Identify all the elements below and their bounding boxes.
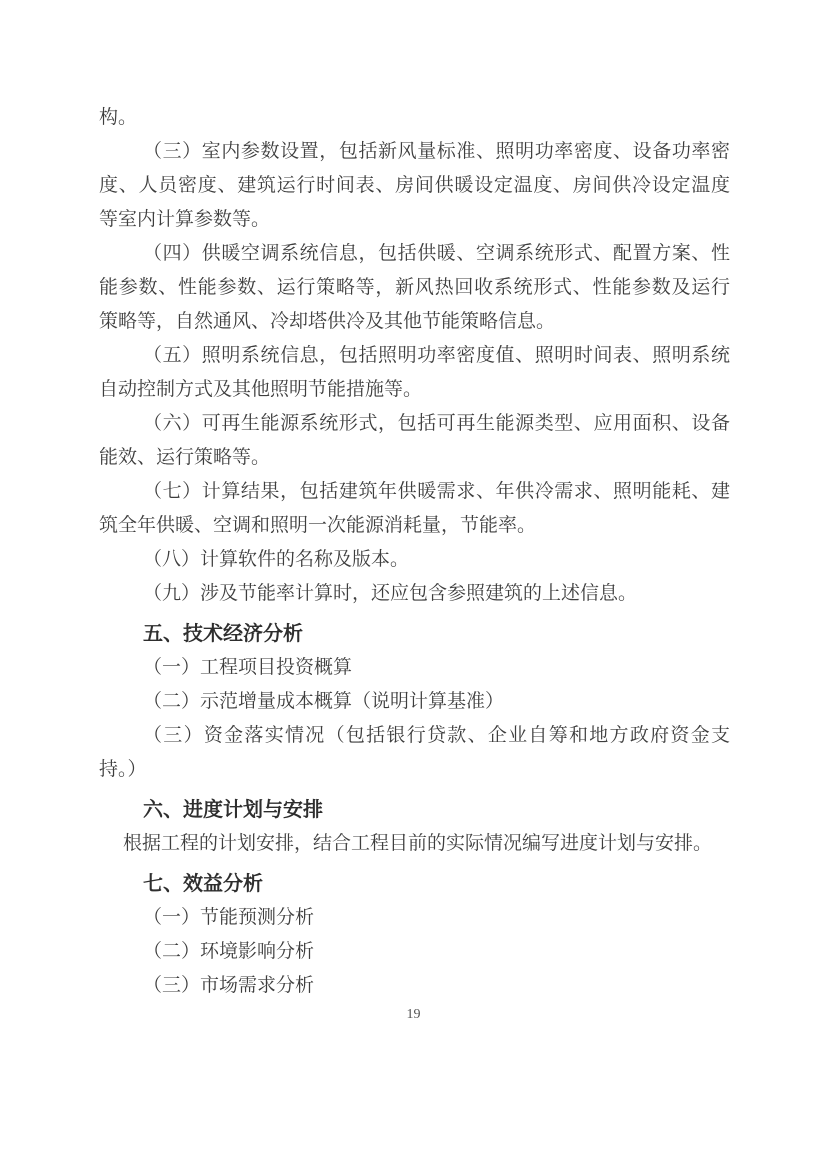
text-line: （七）计算结果，包括建筑年供暖需求、年供冷需求、照明能耗、建 [99,475,730,509]
text-line: （五）照明系统信息，包括照明功率密度值、照明时间表、照明系统 [99,339,730,373]
paragraph: （九）涉及节能率计算时，还应包含参照建筑的上述信息。 [99,577,730,611]
text-line: （四）供暖空调系统信息，包括供暖、空调系统形式、配置方案、性 [99,237,730,271]
text-line: （六）可再生能源系统形式，包括可再生能源类型、应用面积、设备 [99,407,730,441]
heading-text: 六、进度计划与安排 [99,793,730,827]
heading-text: 七、效益分析 [99,867,730,901]
page-number: 19 [0,1005,827,1025]
paragraph: （一）工程项目投资概算 [99,651,730,685]
text-line: 能效、运行策略等。 [99,441,730,475]
section-heading: 七、效益分析 [99,867,730,901]
paragraph: （三）市场需求分析 [99,969,730,1003]
paragraph: （一）节能预测分析 [99,901,730,935]
paragraph: （三）室内参数设置，包括新风量标准、照明功率密度、设备功率密度、人员密度、建筑运… [99,135,730,237]
text-line: 构。 [99,101,730,135]
text-line: 策略等，自然通风、冷却塔供冷及其他节能策略信息。 [99,305,730,339]
text-line: （三）资金落实情况（包括银行贷款、企业自筹和地方政府资金支 [99,719,730,753]
paragraph: （二）环境影响分析 [99,935,730,969]
paragraph: （七）计算结果，包括建筑年供暖需求、年供冷需求、照明能耗、建筑全年供暖、空调和照… [99,475,730,543]
text-line: 根据工程的计划安排，结合工程目前的实际情况编写进度计划与安排。 [99,827,730,861]
text-line: （一）工程项目投资概算 [99,651,730,685]
paragraph: 根据工程的计划安排，结合工程目前的实际情况编写进度计划与安排。 [99,827,730,861]
text-line: 自动控制方式及其他照明节能措施等。 [99,373,730,407]
paragraph: （四）供暖空调系统信息，包括供暖、空调系统形式、配置方案、性能参数、性能参数、运… [99,237,730,339]
text-line: 度、人员密度、建筑运行时间表、房间供暖设定温度、房间供冷设定温度 [99,169,730,203]
text-line: （一）节能预测分析 [99,901,730,935]
text-line: （二）示范增量成本概算（说明计算基准） [99,685,730,719]
section-heading: 六、进度计划与安排 [99,793,730,827]
paragraph: （二）示范增量成本概算（说明计算基准） [99,685,730,719]
text-line: （三）市场需求分析 [99,969,730,1003]
paragraph: （五）照明系统信息，包括照明功率密度值、照明时间表、照明系统自动控制方式及其他照… [99,339,730,407]
text-line: 持。） [99,753,730,787]
paragraph: （八）计算软件的名称及版本。 [99,543,730,577]
paragraph: （三）资金落实情况（包括银行贷款、企业自筹和地方政府资金支持。） [99,719,730,787]
section-heading: 五、技术经济分析 [99,617,730,651]
text-line: 等室内计算参数等。 [99,203,730,237]
text-line: （二）环境影响分析 [99,935,730,969]
paragraph: 构。 [99,101,730,135]
text-line: （三）室内参数设置，包括新风量标准、照明功率密度、设备功率密 [99,135,730,169]
text-line: （九）涉及节能率计算时，还应包含参照建筑的上述信息。 [99,577,730,611]
text-line: 筑全年供暖、空调和照明一次能源消耗量，节能率。 [99,509,730,543]
text-line: 能参数、性能参数、运行策略等，新风热回收系统形式、性能参数及运行 [99,271,730,305]
text-line: （八）计算软件的名称及版本。 [99,543,730,577]
paragraph: （六）可再生能源系统形式，包括可再生能源类型、应用面积、设备能效、运行策略等。 [99,407,730,475]
document-body: 构。（三）室内参数设置，包括新风量标准、照明功率密度、设备功率密度、人员密度、建… [99,101,730,1003]
heading-text: 五、技术经济分析 [99,617,730,651]
document-page: 构。（三）室内参数设置，包括新风量标准、照明功率密度、设备功率密度、人员密度、建… [0,0,827,1169]
